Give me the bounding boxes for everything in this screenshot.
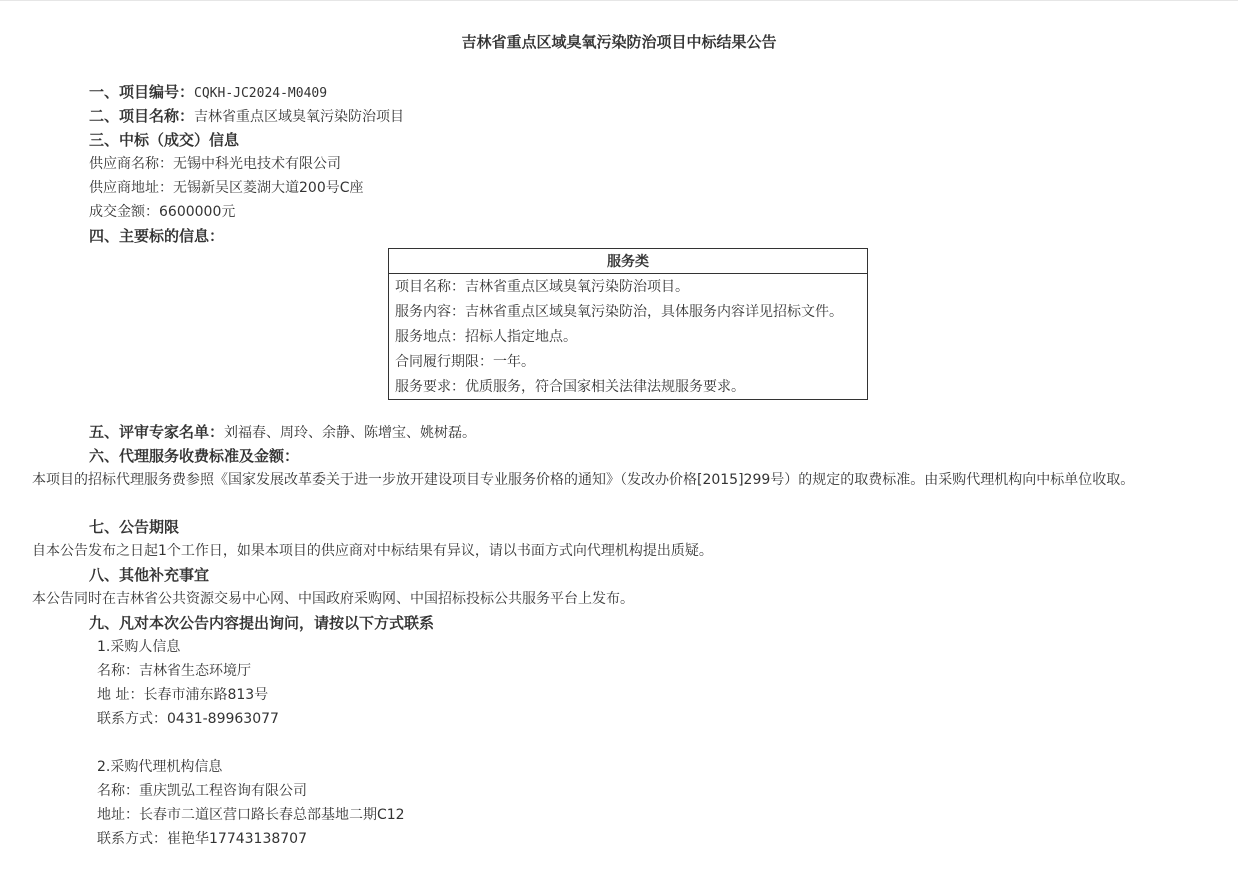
project-number-value: CQKH-JC2024-M0409	[194, 86, 327, 101]
agency-fee-heading: 六、代理服务收费标准及金额：	[89, 444, 299, 468]
purchaser-contact: 联系方式：0431-89963077	[97, 707, 279, 731]
deal-amount: 成交金额：6600000元	[89, 200, 235, 224]
service-row-requirements: 服务要求：优质服务，符合国家相关法律法规服务要求。	[389, 374, 868, 400]
project-name-value: 吉林省重点区域臭氧污染防治项目	[194, 109, 404, 125]
award-info-heading: 三、中标（成交）信息	[89, 128, 239, 152]
agency-fee-text: 本项目的招标代理服务费参照《国家发展改革委关于进一步放开建设项目专业服务价格的通…	[32, 468, 1222, 492]
other-matters-text: 本公告同时在吉林省公共资源交易中心网、中国政府采购网、中国招标投标公共服务平台上…	[32, 587, 1222, 611]
service-row-term: 合同履行期限：一年。	[389, 349, 868, 374]
purchaser-address: 地 址：长春市浦东路813号	[97, 683, 268, 707]
supplier-address: 供应商地址：无锡新吴区菱湖大道200号C座	[89, 176, 364, 200]
service-table-header: 服务类	[389, 249, 868, 274]
service-table: 服务类 项目名称：吉林省重点区域臭氧污染防治项目。 服务内容：吉林省重点区域臭氧…	[388, 248, 868, 400]
agency-name: 名称：重庆凯弘工程咨询有限公司	[97, 779, 307, 803]
contact-heading: 九、凡对本次公告内容提出询问，请按以下方式联系	[89, 611, 434, 635]
main-subject-heading: 四、主要标的信息：	[89, 224, 224, 248]
project-number: 一、项目编号：CQKH-JC2024-M0409	[89, 80, 327, 106]
service-row-location: 服务地点：招标人指定地点。	[389, 324, 868, 349]
expert-list-label: 五、评审专家名单：	[89, 423, 224, 441]
page-title: 吉林省重点区域臭氧污染防治项目中标结果公告	[0, 31, 1238, 52]
service-row-project-name: 项目名称：吉林省重点区域臭氧污染防治项目。	[389, 274, 868, 300]
expert-list-value: 刘福春、周玲、余静、陈增宝、姚树磊。	[224, 425, 476, 441]
notice-period-heading: 七、公告期限	[89, 515, 179, 539]
notice-period-text: 自本公告发布之日起1个工作日，如果本项目的供应商对中标结果有异议，请以书面方式向…	[32, 539, 1222, 563]
other-matters-heading: 八、其他补充事宜	[89, 563, 209, 587]
agency-address: 地址：长春市二道区营口路长春总部基地二期C12	[97, 803, 405, 827]
agency-heading: 2.采购代理机构信息	[97, 755, 222, 779]
purchaser-heading: 1.采购人信息	[97, 635, 180, 659]
service-row-content: 服务内容：吉林省重点区域臭氧污染防治，具体服务内容详见招标文件。	[389, 299, 868, 324]
top-divider	[0, 0, 1238, 1]
supplier-name: 供应商名称：无锡中科光电技术有限公司	[89, 152, 341, 176]
expert-list: 五、评审专家名单：刘福春、周玲、余静、陈增宝、姚树磊。	[89, 420, 476, 445]
project-name: 二、项目名称：吉林省重点区域臭氧污染防治项目	[89, 104, 404, 129]
project-name-label: 二、项目名称：	[89, 107, 194, 125]
purchaser-name: 名称：吉林省生态环境厅	[97, 659, 251, 683]
agency-contact: 联系方式：崔艳华17743138707	[97, 827, 307, 851]
project-number-label: 一、项目编号：	[89, 83, 194, 101]
